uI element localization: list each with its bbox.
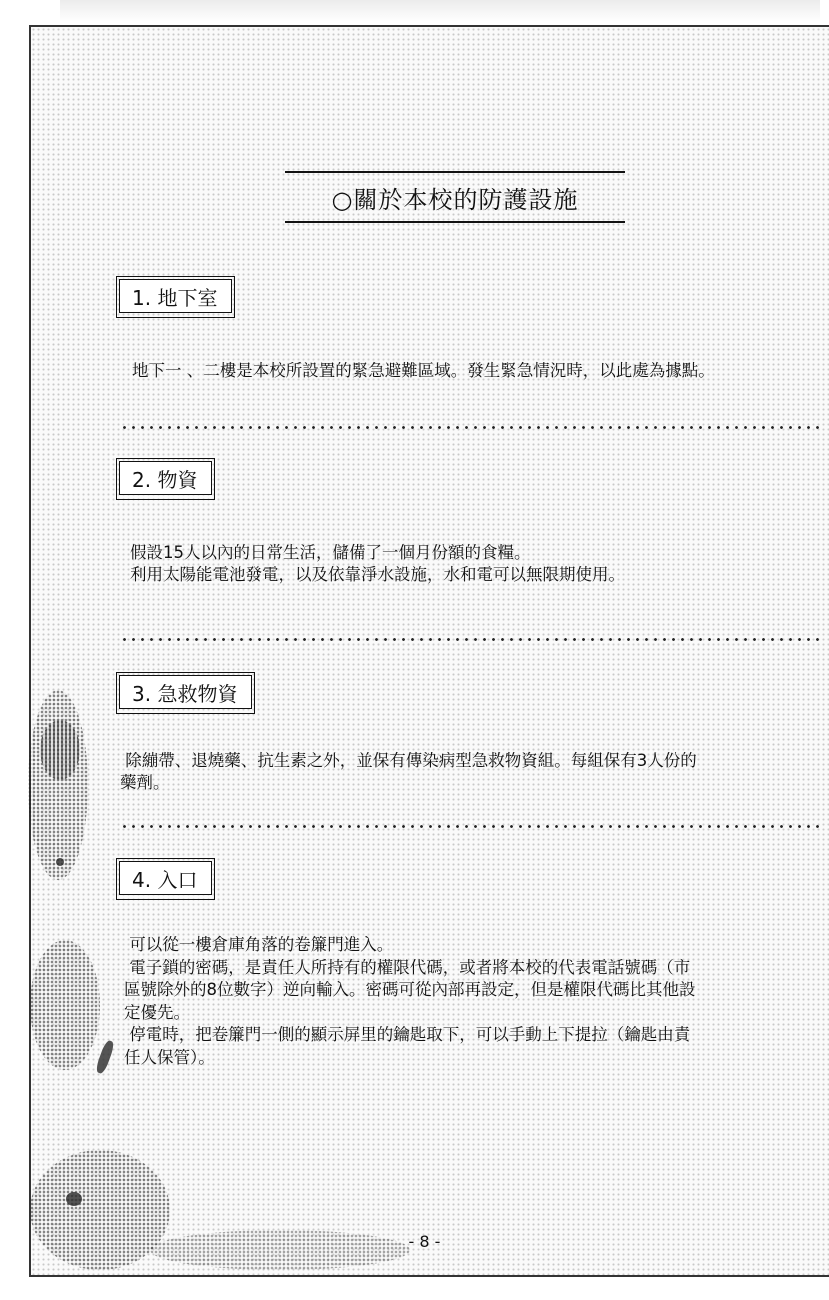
page-title: ○關於本校的防護設施 <box>332 180 579 215</box>
paragraph: 藥劑。 <box>120 772 800 794</box>
section-body-basement: 地下一 、二樓是本校所設置的緊急避難區域。發生緊急情況時，以此處為據點。 <box>132 360 812 382</box>
section-body-first-aid: 除繃帶、退燒藥、抗生素之外，並保有傳染病型急救物資組。每組保有3人份的 藥劑。 <box>120 750 800 794</box>
ink-stain <box>40 720 80 780</box>
paragraph: 區號除外的8位數字）逆向輸入。密碼可從內部再設定，但是權限代碼比其他設 <box>124 979 804 1002</box>
paragraph: 電子鎖的密碼，是責任人所持有的權限代碼，或者將本校的代表電話號碼（市 <box>124 957 804 980</box>
paragraph: 定優先。 <box>124 1002 804 1025</box>
paragraph: 除繃帶、退燒藥、抗生素之外，並保有傳染病型急救物資組。每組保有3人份的 <box>120 750 800 772</box>
section-heading-label: 1. 地下室 <box>119 279 232 313</box>
section-heading-label: 4. 入口 <box>119 861 212 895</box>
dotted-divider <box>120 638 820 641</box>
paragraph: 可以從一樓倉庫角落的卷簾門進入。 <box>124 934 804 957</box>
ink-blot <box>66 1192 82 1206</box>
dotted-divider <box>120 426 820 429</box>
paragraph: 任人保管）。 <box>124 1047 804 1070</box>
ink-stain <box>30 940 100 1070</box>
ink-blot <box>56 858 64 866</box>
scan-smudge <box>60 0 820 22</box>
page-title-block: ○關於本校的防護設施 <box>285 171 625 223</box>
section-heading-label: 3. 急救物資 <box>119 675 252 709</box>
page-number: - 8 - <box>0 1232 829 1251</box>
section-heading-basement: 1. 地下室 <box>116 276 235 318</box>
section-heading-entrance: 4. 入口 <box>116 858 215 900</box>
section-body-entrance: 可以從一樓倉庫角落的卷簾門進入。 電子鎖的密碼，是責任人所持有的權限代碼，或者將… <box>124 934 804 1069</box>
paragraph: 停電時，把卷簾門一側的顯示屏里的鑰匙取下，可以手動上下提拉（鑰匙由責 <box>124 1024 804 1047</box>
section-heading-supplies: 2. 物資 <box>116 458 215 500</box>
ink-stain <box>30 1150 170 1270</box>
ink-stain <box>28 690 88 880</box>
dotted-divider <box>120 825 820 828</box>
section-heading-first-aid: 3. 急救物資 <box>116 672 255 714</box>
paragraph: 利用太陽能電池發電，以及依靠淨水設施，水和電可以無限期使用。 <box>130 564 810 586</box>
paragraph: 地下一 、二樓是本校所設置的緊急避難區域。發生緊急情況時，以此處為據點。 <box>132 360 812 382</box>
paragraph: 假設15人以內的日常生活，儲備了一個月份額的食糧。 <box>130 542 810 564</box>
section-body-supplies: 假設15人以內的日常生活，儲備了一個月份額的食糧。 利用太陽能電池發電，以及依靠… <box>130 542 810 586</box>
section-heading-label: 2. 物資 <box>119 461 212 495</box>
